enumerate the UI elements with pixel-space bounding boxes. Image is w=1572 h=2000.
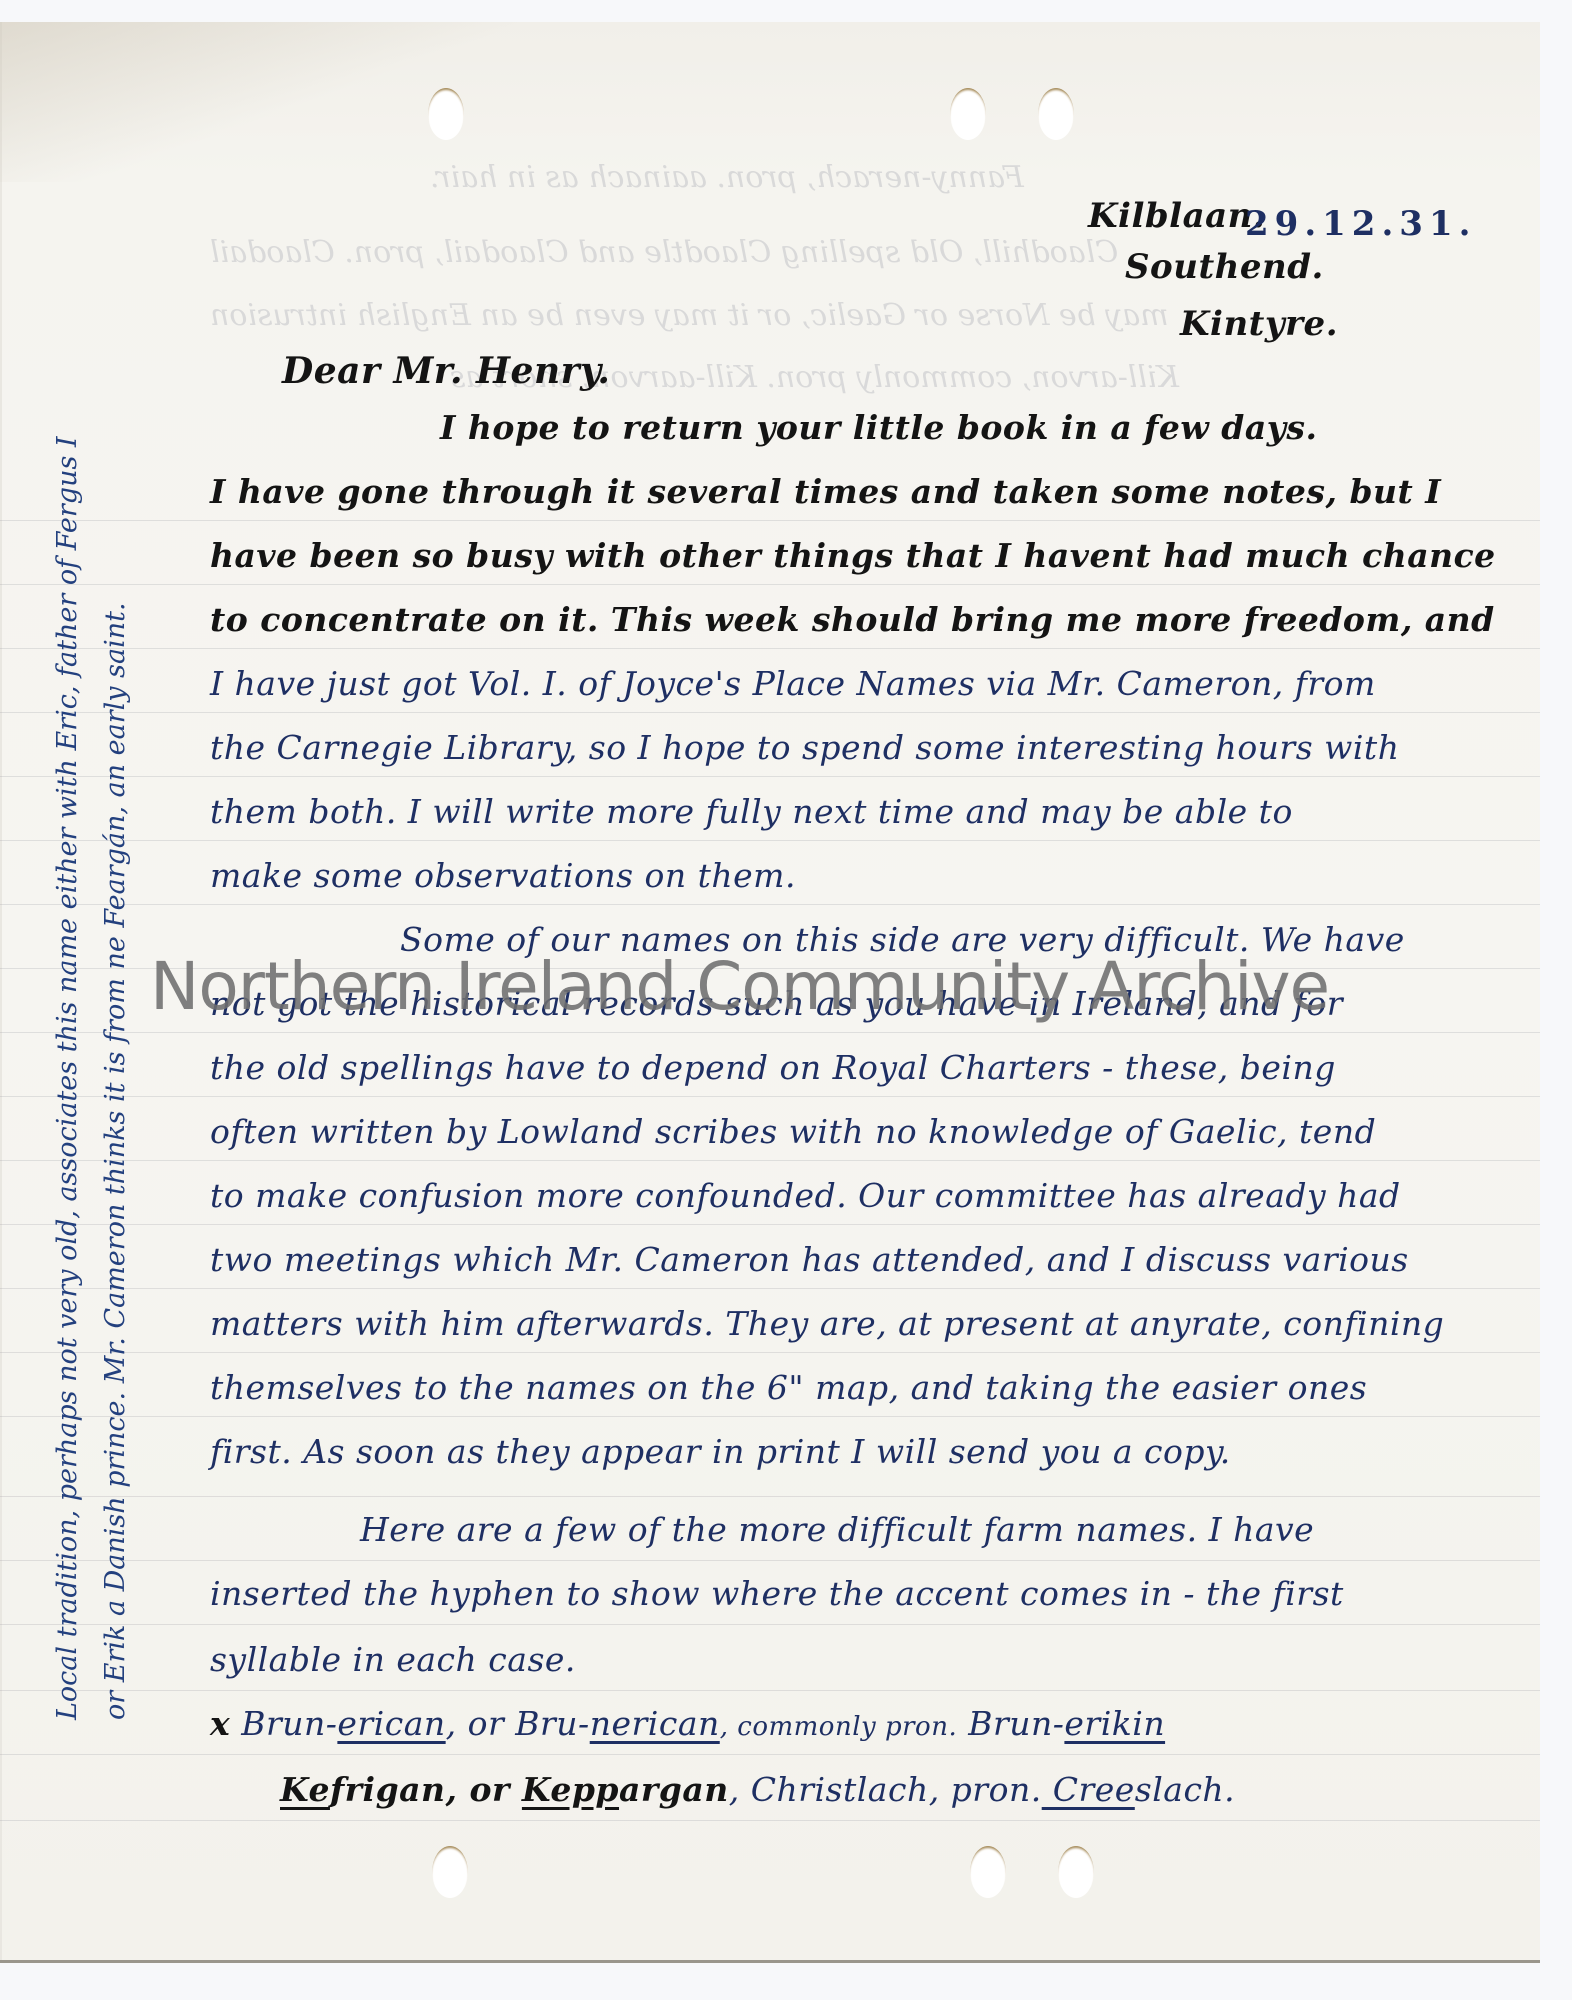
- address-line-2: Southend.: [1125, 247, 1324, 287]
- ruled-line: [0, 584, 1540, 585]
- ruled-line: [0, 776, 1540, 777]
- farm-names-line-1: x Brun-erican, or Bru-nerican, commonly …: [210, 1704, 1165, 1743]
- margin-note-line-1: Local tradition, perhaps not very old, a…: [52, 436, 83, 1720]
- separator: , or: [446, 1770, 522, 1809]
- punch-hole: [970, 1846, 1006, 1898]
- body-line: Here are a few of the more difficult far…: [360, 1510, 1314, 1549]
- farm-name: slach.: [1135, 1770, 1235, 1809]
- ruled-line: [0, 1690, 1540, 1691]
- ruled-line: [0, 1096, 1540, 1097]
- ruled-line: [0, 1288, 1540, 1289]
- body-line: matters with him afterwards. They are, a…: [210, 1304, 1444, 1343]
- salutation: Dear Mr. Henry.: [282, 350, 610, 392]
- body-line: inserted the hyphen to show where the ac…: [210, 1574, 1344, 1613]
- farm-names-line-2: Kefrigan, or Keppargan, Christlach, pron…: [280, 1770, 1235, 1809]
- body-line: syllable in each case.: [210, 1640, 576, 1679]
- farm-name-stressed: Ke: [280, 1770, 330, 1809]
- body-line: often written by Lowland scribes with no…: [210, 1112, 1376, 1151]
- body-line: first. As soon as they appear in print I…: [210, 1432, 1231, 1471]
- farm-name-stressed: erikin: [1064, 1704, 1165, 1743]
- margin-note-line-2: or Erik a Danish prince. Mr. Cameron thi…: [100, 602, 131, 1720]
- ruled-line: [0, 1624, 1540, 1625]
- body-line: themselves to the names on the 6" map, a…: [210, 1368, 1367, 1407]
- ruled-line: [0, 712, 1540, 713]
- body-line: to concentrate on it. This week should b…: [210, 600, 1495, 639]
- letter-date: 29.12.31.: [1245, 204, 1476, 244]
- pronunciation-label: , commonly pron.: [720, 1712, 957, 1742]
- cross-marker: x: [210, 1704, 230, 1743]
- farm-name: Bru-: [515, 1704, 589, 1743]
- address-line-3: Kintyre.: [1180, 304, 1338, 344]
- body-line: I have gone through it several times and…: [210, 472, 1441, 511]
- farm-name: Brun-: [957, 1704, 1064, 1743]
- punch-hole: [1038, 88, 1074, 140]
- ruled-line: [0, 1496, 1540, 1497]
- body-line: the old spellings have to depend on Roya…: [210, 1048, 1336, 1087]
- ruled-line: [0, 1820, 1540, 1821]
- punch-hole: [432, 1846, 468, 1898]
- body-line: I have just got Vol. I. of Joyce's Place…: [210, 664, 1376, 703]
- body-line: I hope to return your little book in a f…: [440, 408, 1317, 447]
- separator: , or: [446, 1704, 516, 1743]
- ruled-line: [0, 1032, 1540, 1033]
- farm-name: Brun-: [241, 1704, 337, 1743]
- ruled-line: [0, 520, 1540, 521]
- ruled-line: [0, 1416, 1540, 1417]
- punch-hole: [428, 88, 464, 140]
- bleed-through-text: Claodhill, Old spelling Claodtle and Cla…: [210, 235, 1118, 270]
- farm-name-stressed: erican: [337, 1704, 445, 1743]
- farm-name: frigan: [330, 1770, 446, 1809]
- body-line: the Carnegie Library, so I hope to spend…: [210, 728, 1399, 767]
- bleed-through-text: may be Norse or Gaelic, or it may even b…: [210, 298, 1169, 333]
- farm-name-stressed: nerican: [590, 1704, 720, 1743]
- ruled-line: [0, 648, 1540, 649]
- ruled-line: [0, 1560, 1540, 1561]
- pronunciation-label: , Christlach, pron.: [729, 1770, 1042, 1809]
- body-line: them both. I will write more fully next …: [210, 792, 1293, 831]
- punch-hole: [1058, 1846, 1094, 1898]
- address-line-1: Kilblaan.: [1088, 196, 1265, 236]
- farm-name-stressed: Kepp: [522, 1770, 619, 1809]
- ruled-line: [0, 1160, 1540, 1161]
- bleed-through-text: Fanny-nerach, pron. aainach as in hair.: [430, 160, 1024, 195]
- body-line: to make confusion more confounded. Our c…: [210, 1176, 1401, 1215]
- farm-name-stressed: Cree: [1042, 1770, 1135, 1809]
- body-line: have been so busy with other things that…: [210, 536, 1496, 575]
- archive-watermark: Northern Ireland Community Archive: [150, 948, 1329, 1025]
- ruled-line: [0, 1352, 1540, 1353]
- body-line: make some observations on them.: [210, 856, 796, 895]
- ruled-line: [0, 840, 1540, 841]
- ruled-line: [0, 1224, 1540, 1225]
- body-line: two meetings which Mr. Cameron has atten…: [210, 1240, 1409, 1279]
- ruled-line: [0, 1754, 1540, 1755]
- farm-name: argan: [619, 1770, 729, 1809]
- punch-hole: [950, 88, 986, 140]
- paper-bottom-edge: [0, 1960, 1540, 1963]
- ruled-line: [0, 904, 1540, 905]
